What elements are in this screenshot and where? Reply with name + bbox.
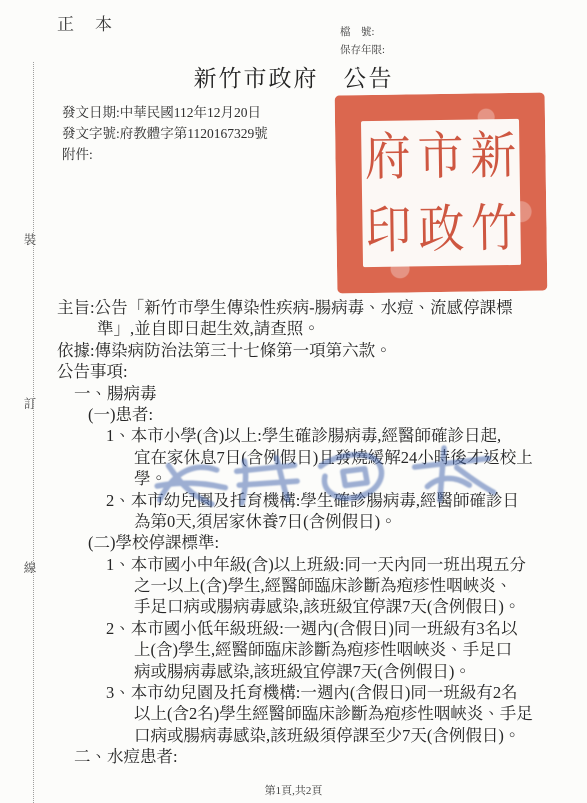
body-line: 3、本市幼兒園及托育機構:一週內(含假日)同一班級有2名 [57, 682, 577, 703]
body-line: (一)患者: [57, 404, 577, 425]
seal-column: 新 竹 [466, 119, 521, 266]
body-line: 病或腸病毒感染,該班級宜停課7天(含例假日)。 [57, 661, 577, 682]
announcement-body: 主旨:公告「新竹市學生傳染性疾病-腸病毒、水痘、流感停課標 準」,並自即日起生效… [57, 297, 577, 768]
seal-character: 府 [364, 131, 411, 183]
seal-character: 竹 [471, 203, 518, 255]
page-title: 新竹市政府 公告 [0, 60, 587, 93]
official-seal: 新 竹 市 政 府 印 [335, 93, 548, 294]
body-line: 2、本市國小低年級班級:一週內(含假日)同一班級有3名以 [57, 618, 577, 639]
body-line: 宜在家休息7日(含例假日)且發燒緩解24小時後才返校上 [57, 447, 577, 468]
seal-character: 新 [470, 130, 517, 182]
meta-block: 發文日期:中華民國112年12月20日 發文字號:府教體字第1120167329… [62, 102, 268, 165]
meta-line: 附件: [62, 144, 268, 165]
body-line: 1、本市小學(含)以上:學生確診腸病毒,經醫師確診日起, [57, 425, 577, 446]
file-number-label: 檔 號: [340, 24, 385, 42]
body-line: 口病或腸病毒感染,該班級須停課至少7天(含例假日)。 [57, 725, 577, 746]
body-line: 1、本市國小中年級(含)以上班級:同一天內同一班出現五分 [57, 554, 577, 575]
body-line: 學。 [57, 468, 577, 489]
body-line: 依據:傳染病防治法第三十七條第一項第六款。 [57, 340, 577, 361]
body-line: 公告事項: [57, 361, 577, 382]
copy-type-label: 正 本 [57, 10, 114, 35]
body-line: 二、水痘患者: [57, 746, 577, 767]
body-line: 2、本市幼兒園及托育機構:學生確診腸病毒,經醫師確診日 [57, 490, 577, 511]
binding-mark: 訂 [22, 394, 38, 412]
body-line: 手足口病或腸病毒感染,該班級宜停課7天(含例假日)。 [57, 596, 577, 617]
body-line: 準」,並自即日起生效,請查照。 [57, 318, 577, 339]
seal-character: 政 [418, 203, 465, 255]
seal-column: 府 印 [361, 120, 416, 267]
binding-marks: 裝 訂 線 [22, 230, 38, 576]
binding-mark: 線 [22, 558, 38, 576]
announcement-page: 正 本 檔 號: 保存年限: 新竹市政府 公告 發文日期:中華民國112年12月… [0, 0, 587, 803]
official-seal-inner: 新 竹 市 政 府 印 [361, 119, 521, 267]
binding-mark: 裝 [22, 230, 38, 248]
body-line: 以上(含2名)學生經醫師臨床診斷為疱疹性咽峽炎、手足 [57, 703, 577, 724]
archive-block: 檔 號: 保存年限: [340, 24, 385, 60]
seal-column: 市 政 [414, 120, 469, 267]
meta-line: 發文日期:中華民國112年12月20日 [62, 102, 268, 123]
body-line: 一、腸病毒 [57, 383, 577, 404]
page-number-footer: 第1頁,共2頁 [0, 782, 587, 798]
seal-character: 市 [417, 130, 464, 182]
seal-character: 印 [365, 204, 412, 256]
body-line: 主旨:公告「新竹市學生傳染性疾病-腸病毒、水痘、流感停課標 [57, 297, 577, 318]
meta-line: 發文字號:府教體字第1120167329號 [62, 123, 268, 144]
body-line: 之一以上(含)學生,經醫師臨床診斷為疱疹性咽峽炎、 [57, 575, 577, 596]
body-line: 上(含)學生,經醫師臨床診斷為疱疹性咽峽炎、手足口 [57, 639, 577, 660]
retention-period-label: 保存年限: [340, 42, 385, 60]
body-line: 為第0天,須居家休養7日(含例假日)。 [57, 511, 577, 532]
body-line: (二)學校停課標準: [57, 532, 577, 553]
